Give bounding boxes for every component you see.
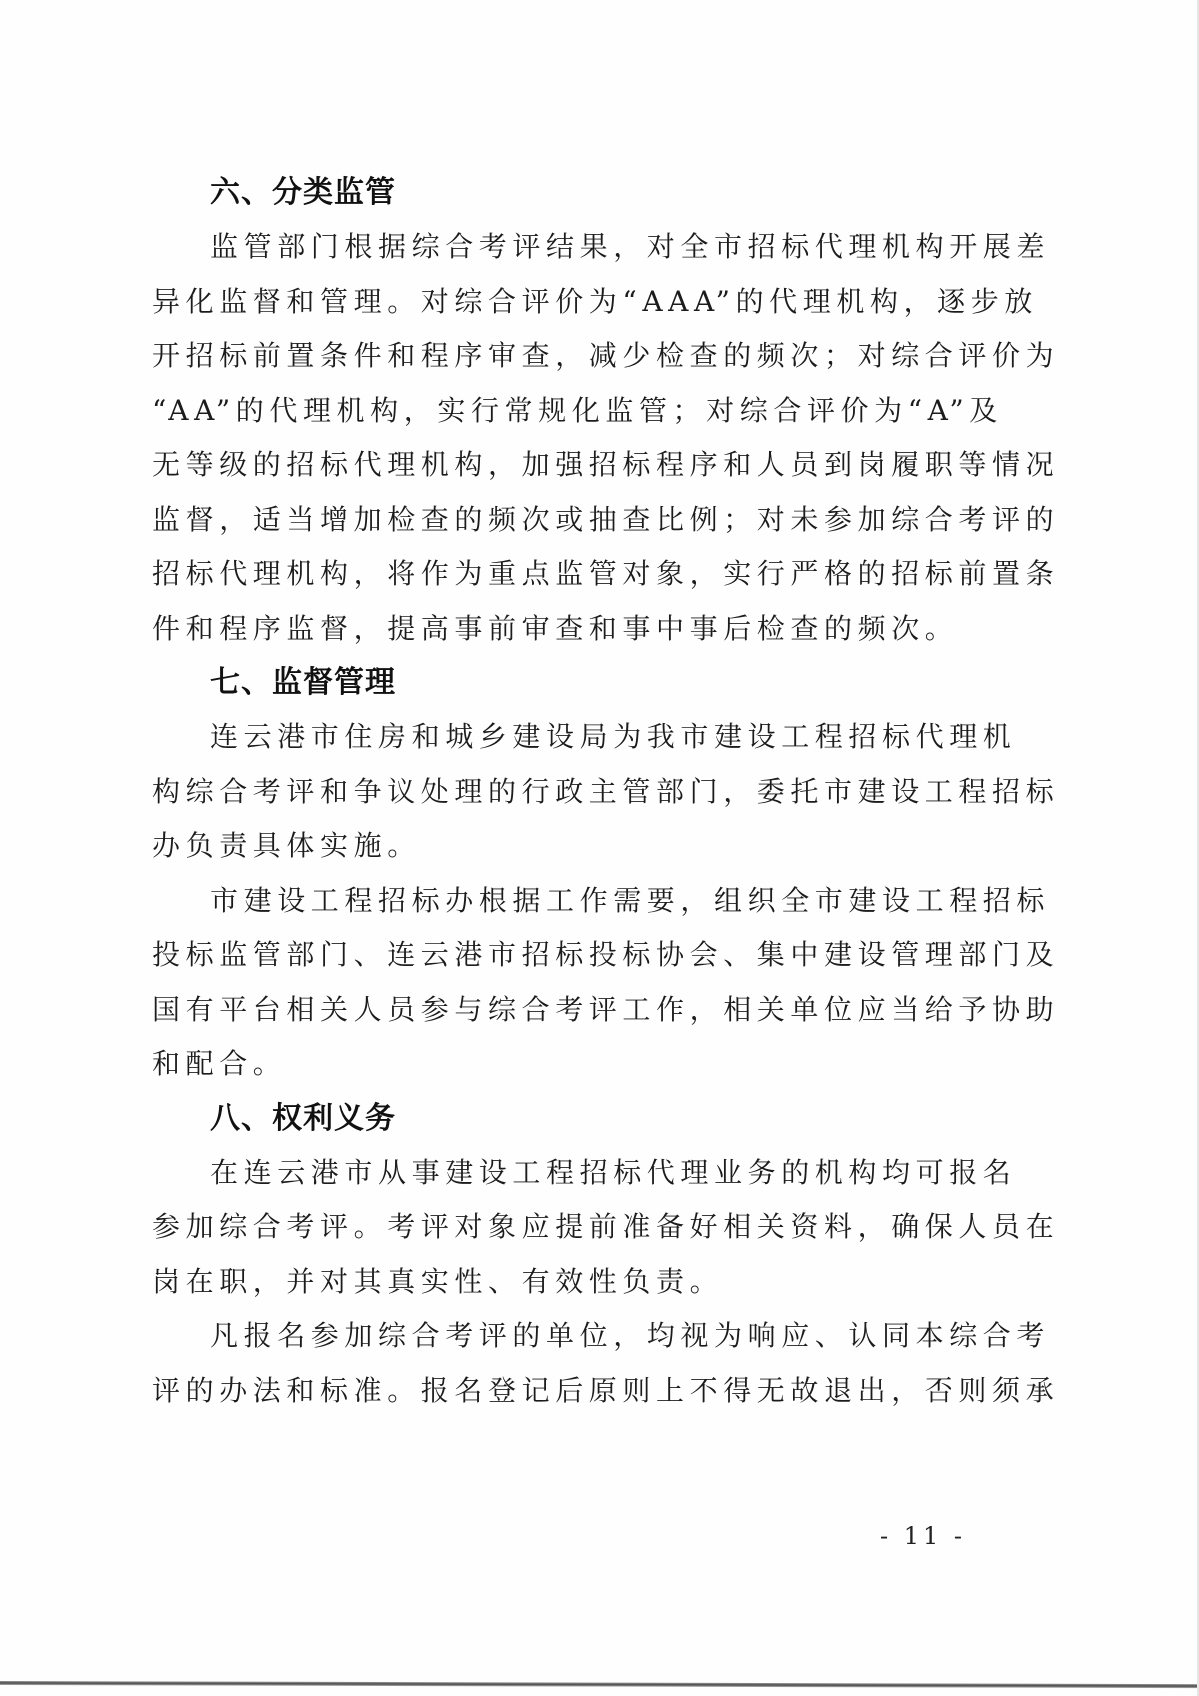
section-classified-supervision: 六、分类监管 监管部门根据综合考评结果，对全市招标代理机构开展差 异化监督和管理… <box>152 166 957 656</box>
text-line: 参加综合考评。考评对象应提前准备好相关资料，确保人员在 <box>152 1200 957 1255</box>
paragraph: 凡报名参加综合考评的单位，均视为响应、认同本综合考 评的办法和标准。报名登记后原… <box>152 1309 957 1418</box>
text-line: 国有平台相关人员参与综合考评工作，相关单位应当给予协助 <box>152 983 957 1038</box>
text-line: 连云港市住房和城乡建设局为我市建设工程招标代理机 <box>152 710 957 765</box>
text-line: 件和程序监督，提高事前审查和事中事后检查的频次。 <box>152 602 957 657</box>
text-line: 投标监管部门、连云港市招标投标协会、集中建设管理部门及 <box>152 928 957 983</box>
document-page: 六、分类监管 监管部门根据综合考评结果，对全市招标代理机构开展差 异化监督和管理… <box>0 0 1199 1696</box>
text-line: 和配合。 <box>152 1037 957 1092</box>
paragraph: 在连云港市从事建设工程招标代理业务的机构均可报名 参加综合考评。考评对象应提前准… <box>152 1146 957 1310</box>
text-line: 在连云港市从事建设工程招标代理业务的机构均可报名 <box>152 1146 957 1201</box>
paragraph: 市建设工程招标办根据工作需要，组织全市建设工程招标 投标监管部门、连云港市招标投… <box>152 874 957 1092</box>
text-line: 办负责具体实施。 <box>152 819 957 874</box>
text-line: “AA”的代理机构，实行常规化监管；对综合评价为“A”及 <box>152 384 957 439</box>
section-supervision-management: 七、监督管理 连云港市住房和城乡建设局为我市建设工程招标代理机 构综合考评和争议… <box>152 656 957 1092</box>
page-number: - 11 - <box>880 1522 966 1550</box>
text-line: 市建设工程招标办根据工作需要，组织全市建设工程招标 <box>152 874 957 929</box>
text-line: 监管部门根据综合考评结果，对全市招标代理机构开展差 <box>152 220 957 275</box>
text-line: 开招标前置条件和程序审查，减少检查的频次；对综合评价为 <box>152 329 957 384</box>
document-body: 六、分类监管 监管部门根据综合考评结果，对全市招标代理机构开展差 异化监督和管理… <box>152 166 957 1418</box>
section-heading: 八、权利义务 <box>152 1092 957 1146</box>
paragraph: 连云港市住房和城乡建设局为我市建设工程招标代理机 构综合考评和争议处理的行政主管… <box>152 710 957 874</box>
text-line: 招标代理机构，将作为重点监管对象，实行严格的招标前置条 <box>152 547 957 602</box>
text-line: 无等级的招标代理机构，加强招标程序和人员到岗履职等情况 <box>152 438 957 493</box>
text-line: 构综合考评和争议处理的行政主管部门，委托市建设工程招标 <box>152 765 957 820</box>
section-heading: 七、监督管理 <box>152 656 957 710</box>
scan-edge-line <box>0 1681 1199 1688</box>
text-line: 评的办法和标准。报名登记后原则上不得无故退出，否则须承 <box>152 1364 957 1419</box>
section-heading: 六、分类监管 <box>152 166 957 220</box>
text-line: 凡报名参加综合考评的单位，均视为响应、认同本综合考 <box>152 1309 957 1364</box>
text-line: 异化监督和管理。对综合评价为“AAA”的代理机构，逐步放 <box>152 275 957 330</box>
paragraph: 监管部门根据综合考评结果，对全市招标代理机构开展差 异化监督和管理。对综合评价为… <box>152 220 957 656</box>
section-rights-obligations: 八、权利义务 在连云港市从事建设工程招标代理业务的机构均可报名 参加综合考评。考… <box>152 1092 957 1419</box>
text-line: 监督，适当增加检查的频次或抽查比例；对未参加综合考评的 <box>152 493 957 548</box>
text-line: 岗在职，并对其真实性、有效性负责。 <box>152 1255 957 1310</box>
